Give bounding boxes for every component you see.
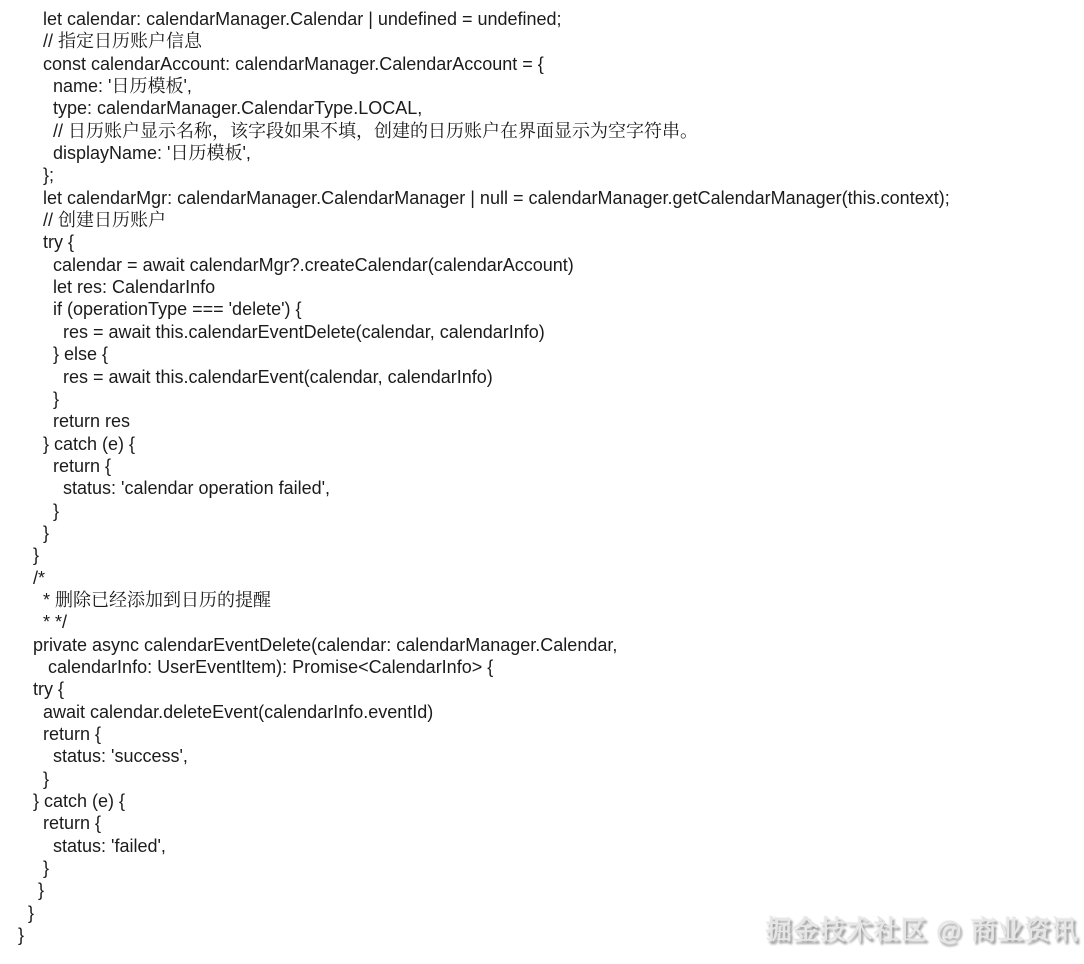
- code-line: name: '日历模板',: [18, 75, 1084, 97]
- code-line: res = await this.calendarEventDelete(cal…: [18, 321, 1084, 343]
- code-line: } else {: [18, 343, 1084, 365]
- code-line: type: calendarManager.CalendarType.LOCAL…: [18, 97, 1084, 119]
- code-line: } catch (e) {: [18, 790, 1084, 812]
- watermark: 掘金技术社区 @ 商业资讯: [766, 910, 1079, 947]
- code-line: }: [18, 879, 1084, 901]
- code-line: /*: [18, 567, 1084, 589]
- code-line: calendar = await calendarMgr?.createCale…: [18, 254, 1084, 276]
- code-line: }: [18, 544, 1084, 566]
- code-line: return res: [18, 410, 1084, 432]
- page-background: let calendar: calendarManager.Calendar |…: [0, 0, 1084, 964]
- code-line: }: [18, 857, 1084, 879]
- code-line: }: [18, 388, 1084, 410]
- code-line: return {: [18, 723, 1084, 745]
- code-line: displayName: '日历模板',: [18, 142, 1084, 164]
- code-line: res = await this.calendarEvent(calendar,…: [18, 366, 1084, 388]
- code-line: } catch (e) {: [18, 433, 1084, 455]
- code-line: status: 'success',: [18, 745, 1084, 767]
- code-line: let calendarMgr: calendarManager.Calenda…: [18, 187, 1084, 209]
- code-line: const calendarAccount: calendarManager.C…: [18, 53, 1084, 75]
- code-line: if (operationType === 'delete') {: [18, 298, 1084, 320]
- code-line: // 指定日历账户信息: [18, 30, 1084, 52]
- code-line: // 创建日历账户: [18, 209, 1084, 231]
- code-line: * */: [18, 611, 1084, 633]
- code-line: * 删除已经添加到日历的提醒: [18, 589, 1084, 611]
- code-line: let calendar: calendarManager.Calendar |…: [18, 8, 1084, 30]
- code-line: calendarInfo: UserEventItem): Promise<Ca…: [18, 656, 1084, 678]
- code-line: try {: [18, 678, 1084, 700]
- code-line: return {: [18, 455, 1084, 477]
- code-line: return {: [18, 812, 1084, 834]
- code-block: let calendar: calendarManager.Calendar |…: [18, 8, 1084, 946]
- code-line: let res: CalendarInfo: [18, 276, 1084, 298]
- code-line: }: [18, 768, 1084, 790]
- code-line: try {: [18, 231, 1084, 253]
- code-line: }: [18, 522, 1084, 544]
- code-line: await calendar.deleteEvent(calendarInfo.…: [18, 701, 1084, 723]
- code-line: // 日历账户显示名称，该字段如果不填，创建的日历账户在界面显示为空字符串。: [18, 120, 1084, 142]
- code-line: private async calendarEventDelete(calend…: [18, 634, 1084, 656]
- code-line: };: [18, 164, 1084, 186]
- code-line: status: 'calendar operation failed',: [18, 477, 1084, 499]
- code-line: status: 'failed',: [18, 835, 1084, 857]
- code-line: }: [18, 500, 1084, 522]
